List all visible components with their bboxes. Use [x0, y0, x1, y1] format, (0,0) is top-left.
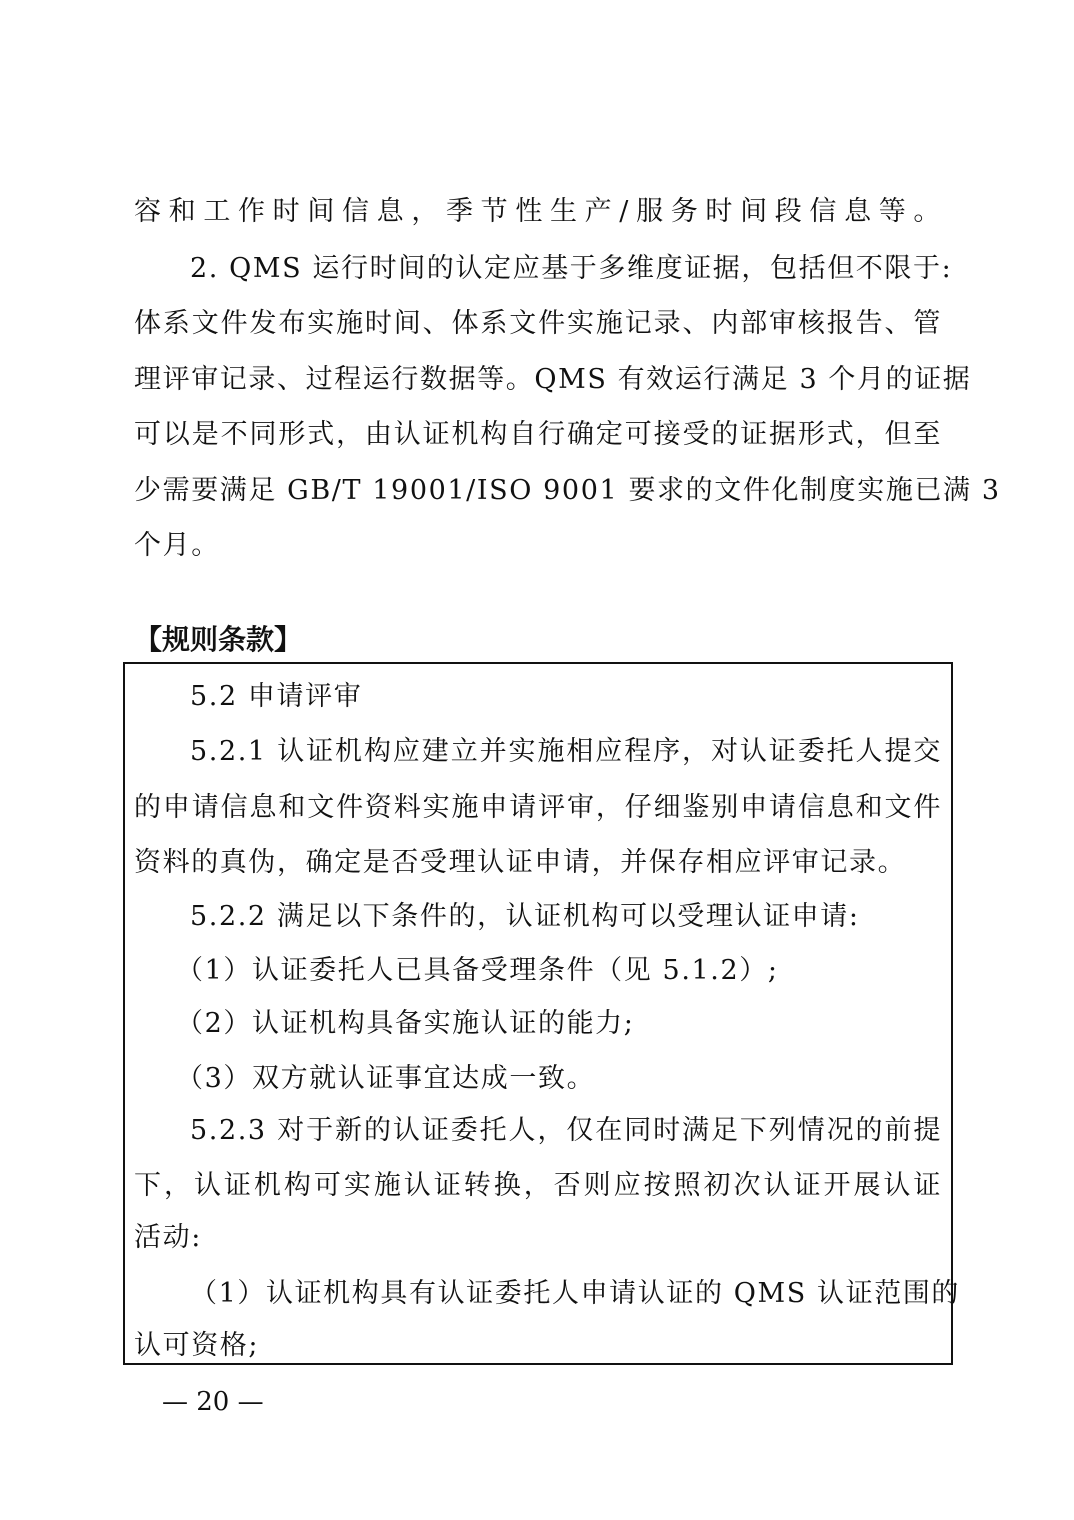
body-text-line: 个月。 [134, 526, 942, 566]
body-text-line: 容和工作时间信息，季节性生产/服务时间段信息等。 [134, 192, 942, 232]
clause-list-item: （3）双方就认证事宜达成一致。 [176, 1059, 984, 1099]
clause-title: 5.2 申请评审 [190, 677, 942, 717]
clause-text-line: 的申请信息和文件资料实施申请评审，仔细鉴别申请信息和文件 [134, 788, 942, 828]
clause-text-line: 认可资格; [134, 1326, 942, 1366]
body-text-line: 少需要满足 GB/T 19001/ISO 9001 要求的文件化制度实施已满 3 [134, 471, 942, 511]
clause-text-line: 下，认证机构可实施认证转换，否则应按照初次认证开展认证 [134, 1166, 942, 1206]
clause-list-item: （1）认证机构具有认证委托人申请认证的 QMS 认证范围的 [190, 1274, 942, 1314]
body-text-line: 理评审记录、过程运行数据等。QMS 有效运行满足 3 个月的证据 [134, 360, 942, 400]
clause-text-line: 5.2.2 满足以下条件的，认证机构可以受理认证申请: [190, 897, 942, 937]
clause-list-item: （2）认证机构具备实施认证的能力; [176, 1004, 984, 1044]
body-text-line: 体系文件发布实施时间、体系文件实施记录、内部审核报告、管 [134, 304, 942, 344]
clause-text-line: 资料的真伪，确定是否受理认证申请，并保存相应评审记录。 [134, 843, 942, 883]
clause-list-item: （1）认证委托人已具备受理条件（见 5.1.2）; [176, 951, 984, 991]
body-text-line: 可以是不同形式，由认证机构自行确定可接受的证据形式，但至 [134, 415, 942, 455]
clause-text-line: 5.2.1 认证机构应建立并实施相应程序，对认证委托人提交 [190, 732, 942, 772]
clause-text-line: 5.2.3 对于新的认证委托人，仅在同时满足下列情况的前提 [190, 1111, 942, 1151]
section-heading: 【规则条款】 [134, 620, 302, 660]
clause-text-line: 活动: [134, 1218, 942, 1258]
page-number: — 20 — [162, 1382, 264, 1422]
body-text-line: 2. QMS 运行时间的认定应基于多维度证据，包括但不限于: [190, 249, 942, 289]
